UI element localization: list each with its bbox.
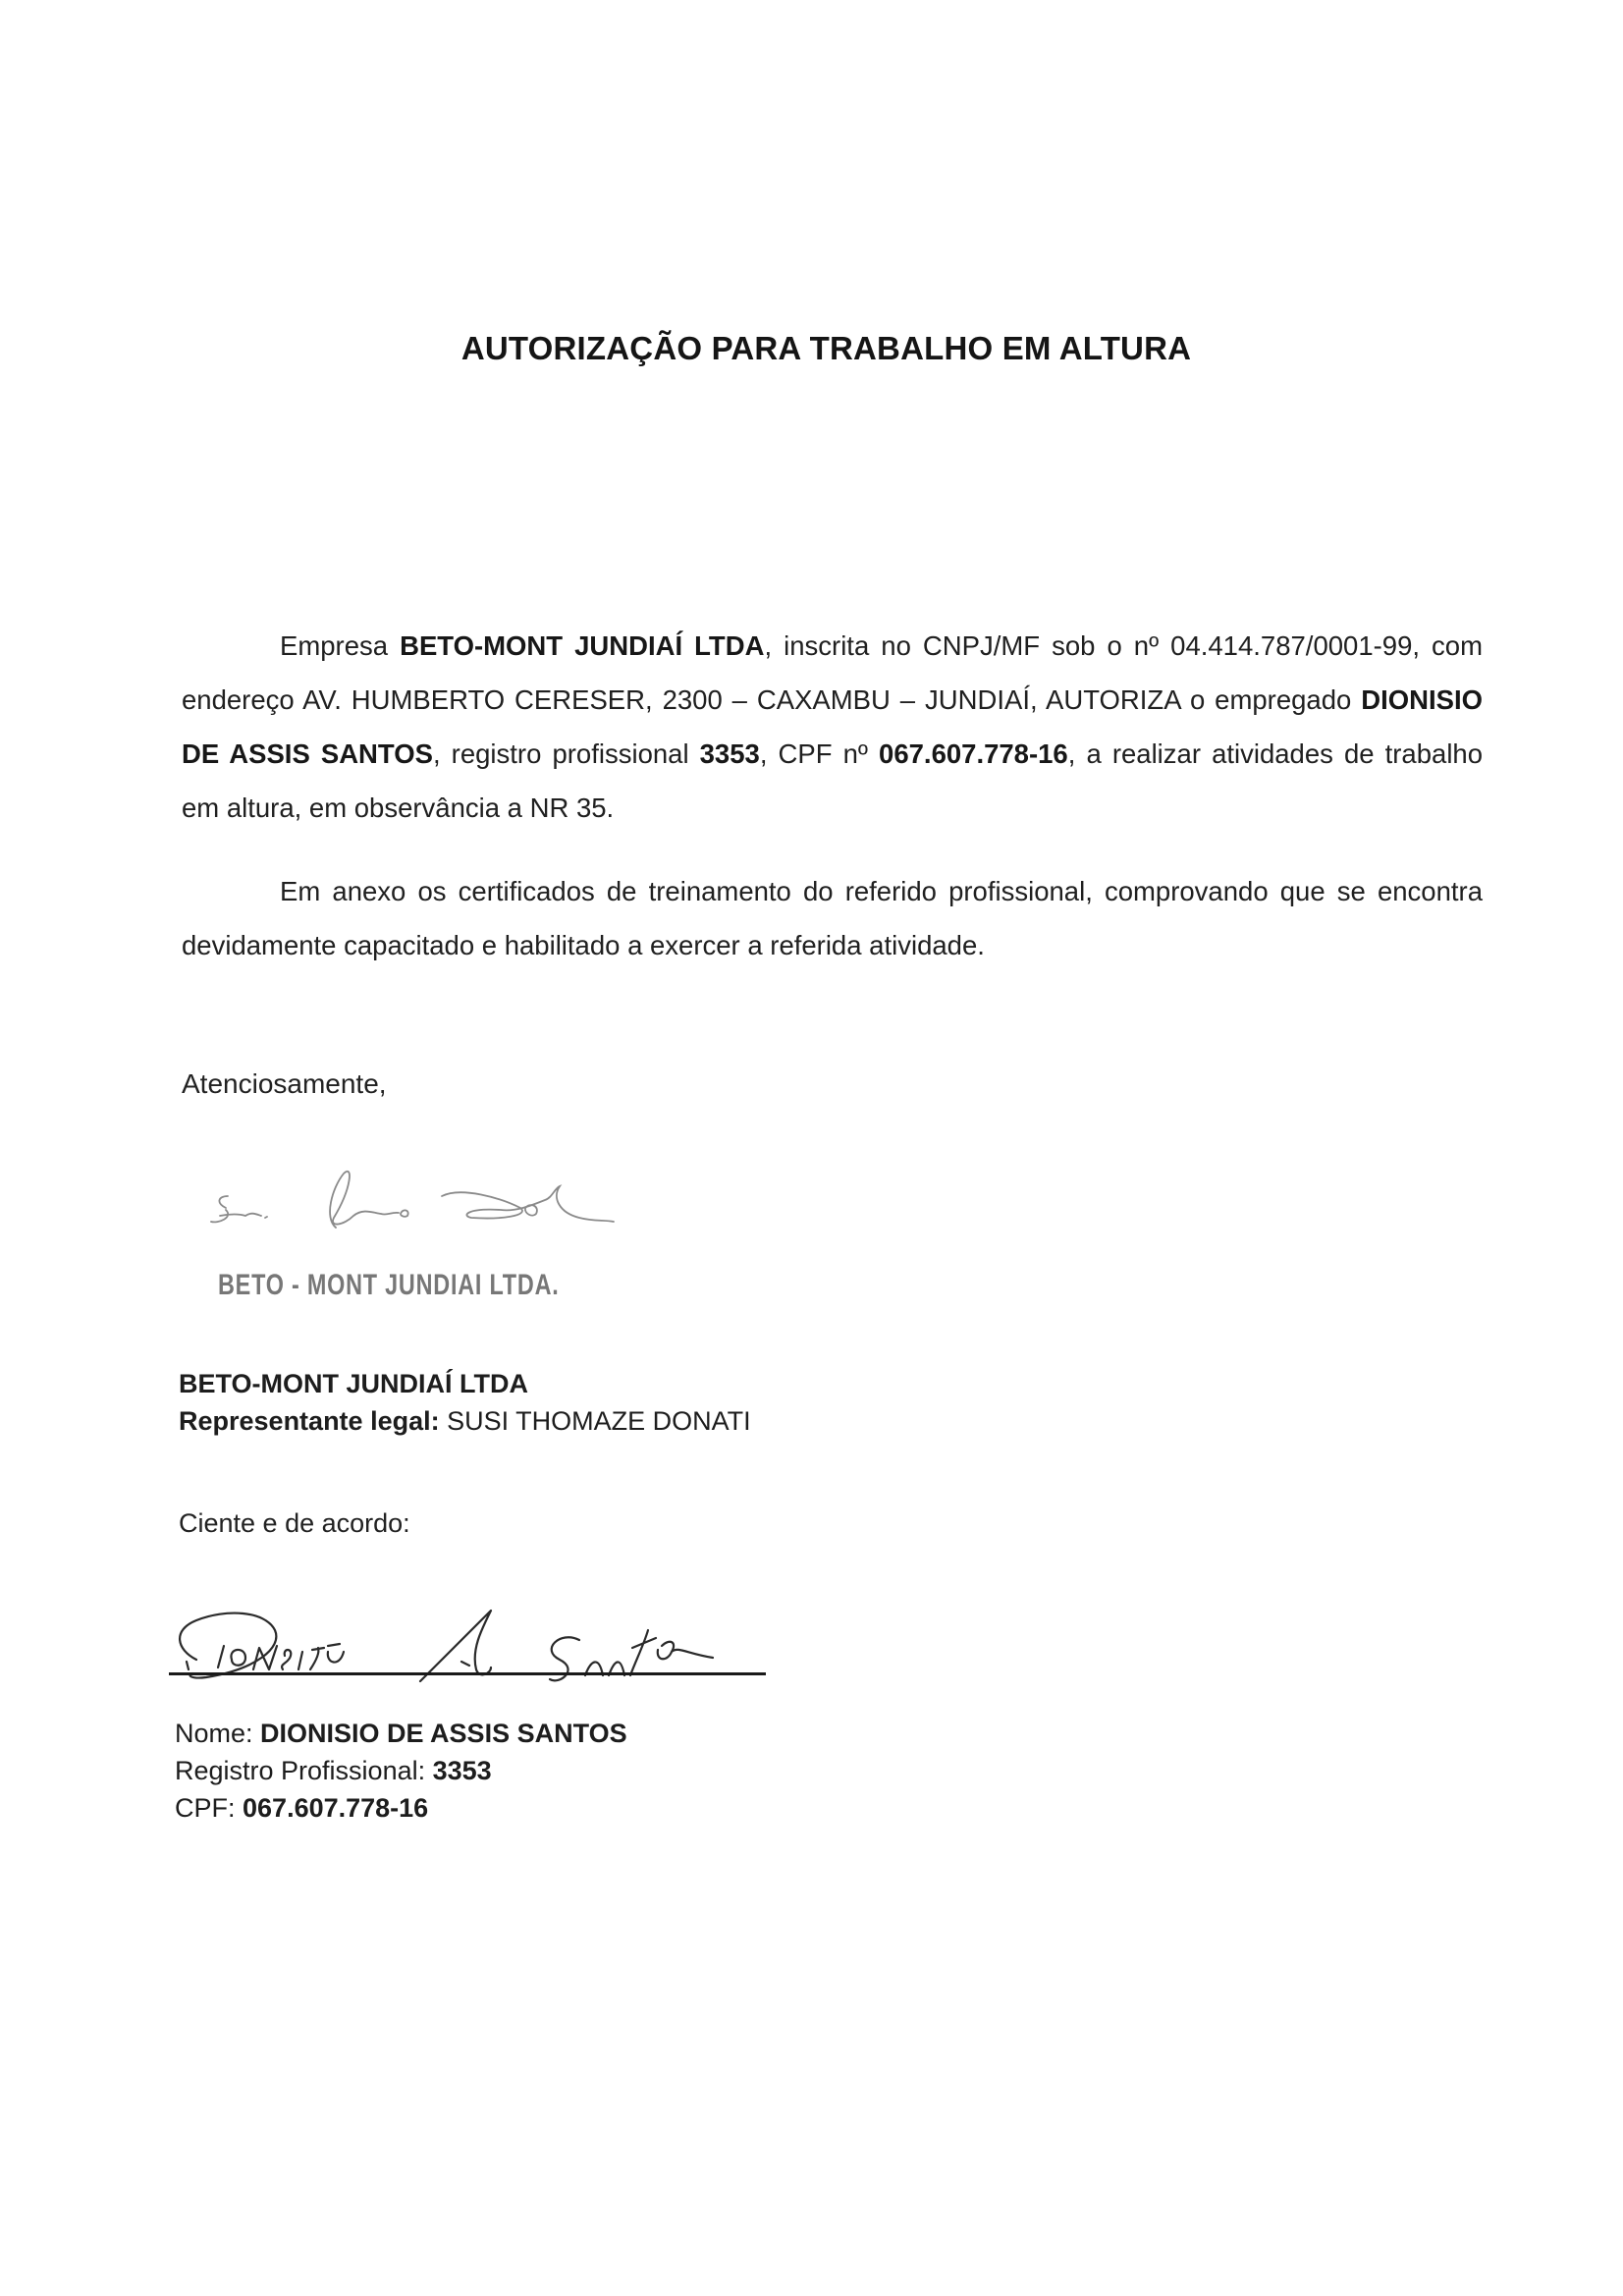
employee-name-label: Nome: — [175, 1719, 260, 1748]
employee-info-block: Nome: DIONISIO DE ASSIS SANTOS Registro … — [175, 1715, 627, 1827]
employee-registration-label: Registro Profissional: — [175, 1756, 433, 1785]
text-fragment: , CPF nº — [760, 738, 879, 769]
agreement-label: Ciente e de acordo: — [179, 1508, 410, 1539]
employee-signature — [167, 1591, 766, 1684]
attachment-text: Em anexo os certificados de treinamento … — [182, 876, 1483, 960]
attachment-paragraph: Em anexo os certificados de treinamento … — [182, 864, 1483, 972]
document-page: AUTORIZAÇÃO PARA TRABALHO EM ALTURA Empr… — [0, 0, 1623, 2296]
signature-line — [169, 1672, 766, 1675]
company-name-line: BETO-MONT JUNDIAÍ LTDA — [179, 1369, 528, 1398]
text-fragment: , registro profissional — [433, 738, 700, 769]
closing-salutation: Atenciosamente, — [182, 1068, 387, 1100]
legal-rep-label: Representante legal: — [179, 1406, 440, 1436]
employee-cpf-value: 067.607.778-16 — [243, 1793, 428, 1823]
representative-signature — [206, 1159, 628, 1247]
document-title: AUTORIZAÇÃO PARA TRABALHO EM ALTURA — [0, 330, 1623, 367]
registration-number: 3353 — [700, 738, 760, 769]
text-fragment: Empresa — [280, 630, 400, 661]
company-signature-block: BETO-MONT JUNDIAÍ LTDA Representante leg… — [179, 1365, 751, 1440]
company-name: BETO-MONT JUNDIAÍ LTDA — [400, 630, 764, 661]
cpf-number: 067.607.778-16 — [879, 738, 1068, 769]
employee-name-value: DIONISIO DE ASSIS SANTOS — [260, 1719, 627, 1748]
company-stamp: BETO - MONT JUNDIAI LTDA. — [218, 1269, 560, 1302]
legal-rep-name: SUSI THOMAZE DONATI — [440, 1406, 751, 1436]
employee-registration-value: 3353 — [433, 1756, 492, 1785]
authorization-paragraph: Empresa BETO-MONT JUNDIAÍ LTDA, inscrita… — [182, 619, 1483, 835]
employee-cpf-label: CPF: — [175, 1793, 243, 1823]
